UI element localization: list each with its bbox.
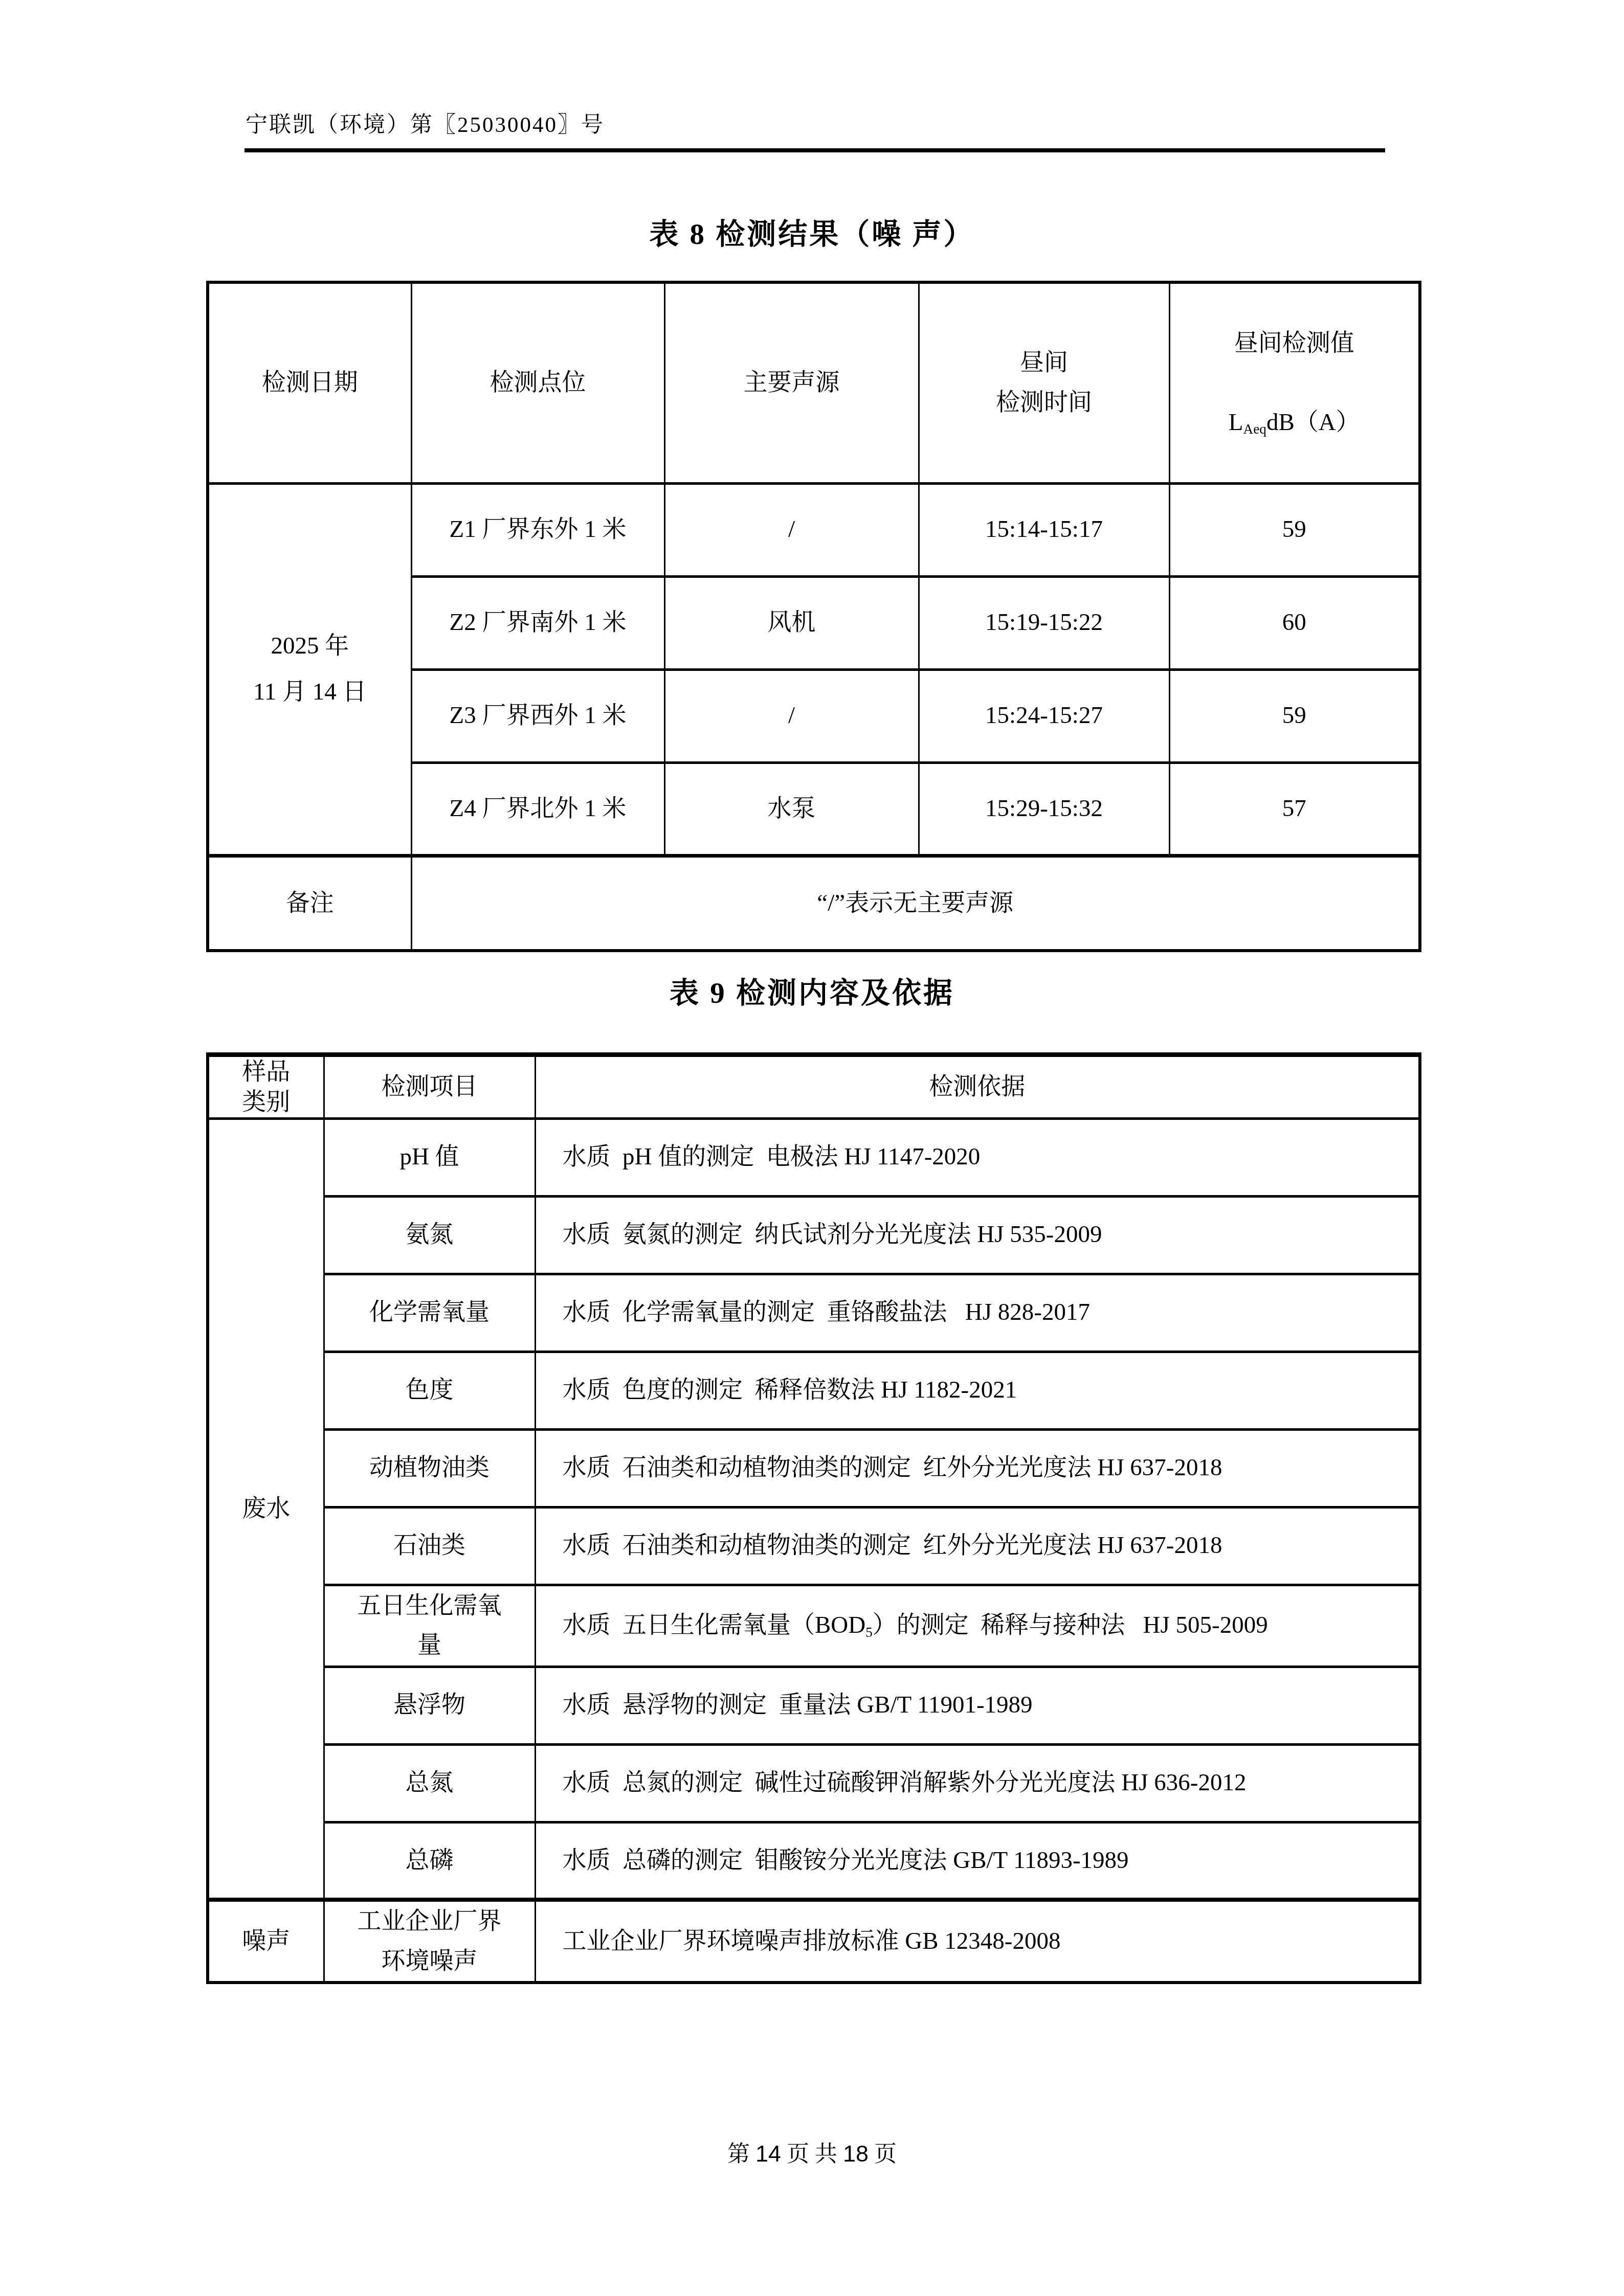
table8-title: 表 8 检测结果（噪 声）	[0, 211, 1624, 253]
table8-header-value: 昼间检测值 LAeqdB（A）	[1169, 282, 1420, 483]
doc-number: 宁联凯（环境）第〖25030040〗号	[246, 107, 605, 139]
table9-row7-basis: 水质 悬浮物的测定 重量法 GB/T 11901-1989	[535, 1667, 1420, 1744]
table8-header-date: 检测日期	[208, 282, 411, 483]
footer-prefix: 第	[727, 2142, 755, 2167]
table8-row3-value: 57	[1169, 762, 1420, 856]
table9-row9-basis: 水质 总磷的测定 钼酸铵分光光度法 GB/T 11893-1989	[535, 1822, 1420, 1900]
table9-row2-basis: 水质 化学需氧量的测定 重铬酸盐法 HJ 828-2017	[535, 1274, 1420, 1352]
table9-row: 动植物油类 水质 石油类和动植物油类的测定 红外分光光度法 HJ 637-201…	[208, 1429, 1420, 1507]
table9-row: 色度 水质 色度的测定 稀释倍数法 HJ 1182-2021	[208, 1352, 1420, 1429]
table8-remark-label: 备注	[208, 856, 411, 951]
document-page: 宁联凯（环境）第〖25030040〗号 表 8 检测结果（噪 声） 检测日期 检…	[0, 0, 1624, 2296]
table9-row: 废水 pH 值 水质 pH 值的测定 电极法 HJ 1147-2020	[208, 1118, 1420, 1196]
table8-header-source: 主要声源	[664, 282, 919, 483]
table8-row2-source: /	[664, 669, 919, 762]
laeq-unit: dB（A）	[1266, 409, 1360, 436]
bod-basis-post: ）的测定 稀释与接种法 HJ 505-2009	[873, 1612, 1268, 1638]
table9-noise-row: 噪声 工业企业厂界 环境噪声 工业企业厂界环境噪声排放标准 GB 12348-2…	[208, 1900, 1420, 1983]
table9-noise-basis: 工业企业厂界环境噪声排放标准 GB 12348-2008	[535, 1900, 1420, 1983]
table9-row0-basis: 水质 pH 值的测定 电极法 HJ 1147-2020	[535, 1118, 1420, 1196]
table9-row: 悬浮物 水质 悬浮物的测定 重量法 GB/T 11901-1989	[208, 1667, 1420, 1744]
table9-row: 石油类 水质 石油类和动植物油类的测定 红外分光光度法 HJ 637-2018	[208, 1507, 1420, 1585]
table8-header-time: 昼间 检测时间	[919, 282, 1169, 483]
table9-wastewater-cell: 废水	[208, 1118, 324, 1900]
table9-row4-basis: 水质 石油类和动植物油类的测定 红外分光光度法 HJ 637-2018	[535, 1429, 1420, 1507]
table9-row9-item: 总磷	[324, 1822, 535, 1900]
table8-row2-value: 59	[1169, 669, 1420, 762]
table8-row2-point: Z3 厂界西外 1 米	[411, 669, 664, 762]
table9-header-item: 检测项目	[324, 1055, 535, 1119]
table9-header-row: 样品 类别 检测项目 检测依据	[208, 1055, 1420, 1119]
table9-row4-item: 动植物油类	[324, 1429, 535, 1507]
footer-suffix: 页	[869, 2142, 897, 2167]
table8-row0-time: 15:14-15:17	[919, 483, 1169, 576]
header-rule	[244, 148, 1385, 152]
table9-row2-item: 化学需氧量	[324, 1274, 535, 1352]
table8-row: 2025 年 11 月 14 日 Z1 厂界东外 1 米 / 15:14-15:…	[208, 483, 1420, 576]
table9-row8-item: 总氮	[324, 1744, 535, 1822]
table9-row3-item: 色度	[324, 1352, 535, 1429]
table8-row1-source: 风机	[664, 576, 919, 669]
table8-header-value-line2: LAeqdB（A）	[1170, 403, 1419, 443]
table9-row0-item: pH 值	[324, 1118, 535, 1196]
footer-page-number: 14	[755, 2141, 781, 2167]
footer-total-pages: 18	[843, 2141, 869, 2167]
table9-header-category: 样品 类别	[208, 1055, 324, 1119]
table8-header-row: 检测日期 检测点位 主要声源 昼间 检测时间 昼间检测值 LAeqdB（A）	[208, 282, 1420, 483]
table8-header-value-line1: 昼间检测值	[1170, 324, 1419, 364]
laeq-subscript: Aeq	[1243, 421, 1266, 437]
laeq-symbol: L	[1229, 409, 1243, 436]
table9-row: 总氮 水质 总氮的测定 碱性过硫酸钾消解紫外分光光度法 HJ 636-2012	[208, 1744, 1420, 1822]
page-footer: 第 14 页 共 18 页	[0, 2135, 1624, 2168]
table8-header-point: 检测点位	[411, 282, 664, 483]
table9-row1-basis: 水质 氨氮的测定 纳氏试剂分光光度法 HJ 535-2009	[535, 1196, 1420, 1274]
table9-test-basis: 样品 类别 检测项目 检测依据 废水 pH 值 水质 pH 值的测定 电极法 H…	[206, 1052, 1421, 1984]
table8-row2-time: 15:24-15:27	[919, 669, 1169, 762]
table9-row: 氨氮 水质 氨氮的测定 纳氏试剂分光光度法 HJ 535-2009	[208, 1196, 1420, 1274]
bod-subscript: 5	[865, 1625, 873, 1640]
table9-title: 表 9 检测内容及依据	[0, 970, 1624, 1011]
bod-basis-pre: 水质 五日生化需氧量（BOD	[563, 1612, 866, 1638]
table8-noise-results: 检测日期 检测点位 主要声源 昼间 检测时间 昼间检测值 LAeqdB（A） 2…	[206, 281, 1421, 952]
table8-date-cell: 2025 年 11 月 14 日	[208, 483, 411, 856]
table9-row1-item: 氨氮	[324, 1196, 535, 1274]
table9-row: 总磷 水质 总磷的测定 钼酸铵分光光度法 GB/T 11893-1989	[208, 1822, 1420, 1900]
table9-row3-basis: 水质 色度的测定 稀释倍数法 HJ 1182-2021	[535, 1352, 1420, 1429]
table8-row3-source: 水泵	[664, 762, 919, 856]
table9-row8-basis: 水质 总氮的测定 碱性过硫酸钾消解紫外分光光度法 HJ 636-2012	[535, 1744, 1420, 1822]
table8-row1-time: 15:19-15:22	[919, 576, 1169, 669]
table9-header-basis: 检测依据	[535, 1055, 1420, 1119]
table9-noise-item: 工业企业厂界 环境噪声	[324, 1900, 535, 1983]
table9-row6-item: 五日生化需氧 量	[324, 1585, 535, 1667]
table9-row6-basis: 水质 五日生化需氧量（BOD5）的测定 稀释与接种法 HJ 505-2009	[535, 1585, 1420, 1667]
table9-row7-item: 悬浮物	[324, 1667, 535, 1744]
table9-noise-category: 噪声	[208, 1900, 324, 1983]
table8-row1-value: 60	[1169, 576, 1420, 669]
table8-row1-point: Z2 厂界南外 1 米	[411, 576, 664, 669]
table8-row3-time: 15:29-15:32	[919, 762, 1169, 856]
table9-row: 五日生化需氧 量 水质 五日生化需氧量（BOD5）的测定 稀释与接种法 HJ 5…	[208, 1585, 1420, 1667]
table9-row: 化学需氧量 水质 化学需氧量的测定 重铬酸盐法 HJ 828-2017	[208, 1274, 1420, 1352]
table8-row0-value: 59	[1169, 483, 1420, 576]
table8-remarks-row: 备注 “/”表示无主要声源	[208, 856, 1420, 951]
table8-row3-point: Z4 厂界北外 1 米	[411, 762, 664, 856]
table8-remark-text: “/”表示无主要声源	[411, 856, 1420, 951]
table9-row5-basis: 水质 石油类和动植物油类的测定 红外分光光度法 HJ 637-2018	[535, 1507, 1420, 1585]
footer-middle: 页 共	[781, 2142, 843, 2167]
table9-row5-item: 石油类	[324, 1507, 535, 1585]
table8-row0-point: Z1 厂界东外 1 米	[411, 483, 664, 576]
table8-row0-source: /	[664, 483, 919, 576]
